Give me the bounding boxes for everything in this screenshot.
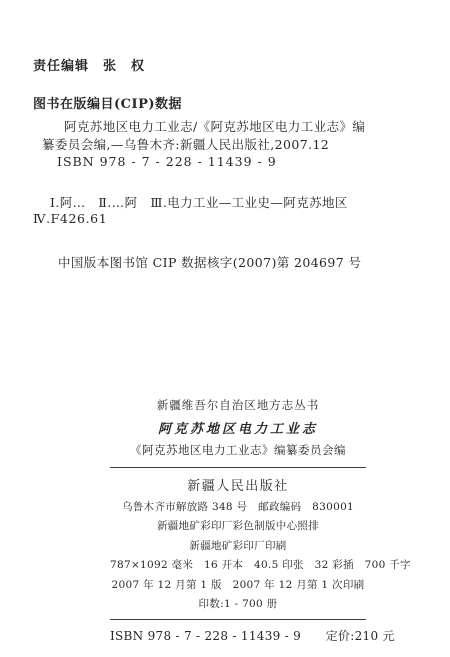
series-title: 新疆维吾尔自治区地方志丛书: [110, 397, 366, 413]
cip-heading: 图书在版编目(CIP)数据: [33, 93, 182, 112]
edition-line: 2007 年 12 月第 1 版 2007 年 12 月第 1 次印刷: [110, 577, 366, 592]
colophon-block: 新疆维吾尔自治区地方志丛书 阿克苏地区电力工业志 《阿克苏地区电力工业志》编纂委…: [110, 397, 366, 644]
cip-record-number: 中国版本图书馆 CIP 数据核字(2007)第 204697 号: [58, 253, 361, 271]
book-title: 阿克苏地区电力工业志: [110, 418, 366, 437]
publisher-address: 乌鲁木齐市解放路 348 号 邮政编码 830001: [110, 499, 366, 514]
cip-classification-line-2: Ⅳ.F426.61: [33, 211, 107, 226]
publisher-name: 新疆人民出版社: [110, 475, 366, 494]
cip-description-isbn: ISBN 978 - 7 - 228 - 11439 - 9: [42, 153, 365, 171]
format-line: 787×1092 毫米 16 开本 40.5 印张 32 彩插 700 千字: [110, 557, 366, 572]
responsible-editor-line: 责任编辑 张 权: [33, 55, 145, 74]
cip-classification-line-1: Ⅰ.阿… Ⅱ.…阿 Ⅲ.电力工业—工业史—阿克苏地区: [50, 193, 348, 211]
isbn-price-line: ISBN 978 - 7 - 228 - 11439 - 9 定价:210 元: [110, 627, 366, 644]
copyright-page: 责任编辑 张 权 图书在版编目(CIP)数据 阿克苏地区电力工业志/《阿克苏地区…: [0, 0, 450, 657]
compiler-line: 《阿克苏地区电力工业志》编纂委员会编: [110, 442, 366, 458]
cip-description: 阿克苏地区电力工业志/《阿克苏地区电力工业志》编 纂委员会编,—乌鲁木齐:新疆人…: [42, 118, 365, 171]
divider-top: [110, 467, 366, 468]
print-run-line: 印数:1 - 700 册: [110, 596, 366, 611]
typesetting-line: 新疆地矿彩印厂彩色制版中心照排: [110, 518, 366, 533]
divider-bottom: [110, 619, 366, 620]
cip-description-line-1: 阿克苏地区电力工业志/《阿克苏地区电力工业志》编: [42, 118, 365, 136]
printing-line: 新疆地矿彩印厂印刷: [110, 538, 366, 553]
cip-description-line-2: 纂委员会编,—乌鲁木齐:新疆人民出版社,2007.12: [42, 136, 365, 154]
